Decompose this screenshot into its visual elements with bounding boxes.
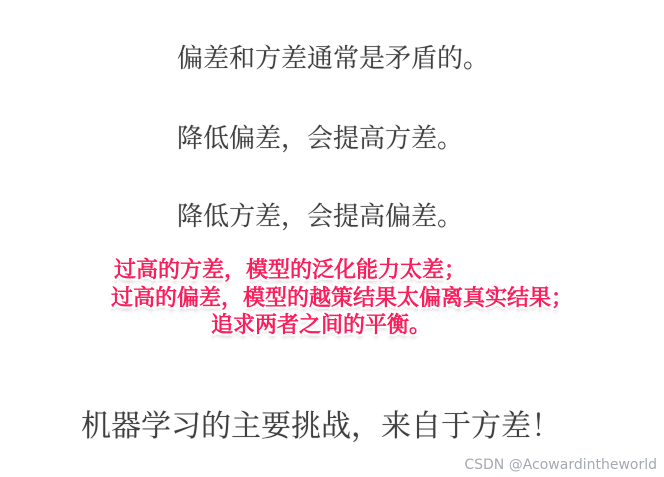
statement-line-3: 降低方差，会提高偏差。 [177,202,463,232]
emphasis-line-1: 过高的方差，模型的泛化能力太差； [114,258,466,284]
statement-line-2: 降低偏差，会提高方差。 [177,124,463,154]
conclusion-line: 机器学习的主要挑战，来自于方差！ [81,409,561,445]
slide-page: 偏差和方差通常是矛盾的。 降低偏差，会提高方差。 降低方差，会提高偏差。 过高的… [0,0,664,477]
emphasis-line-2: 过高的偏差，模型的越策结果太偏离真实结果； [111,286,573,312]
csdn-watermark: CSDN @Acowardintheworld [464,457,657,473]
emphasis-line-3: 追求两者之间的平衡。 [211,313,431,339]
statement-line-1: 偏差和方差通常是矛盾的。 [177,44,489,74]
